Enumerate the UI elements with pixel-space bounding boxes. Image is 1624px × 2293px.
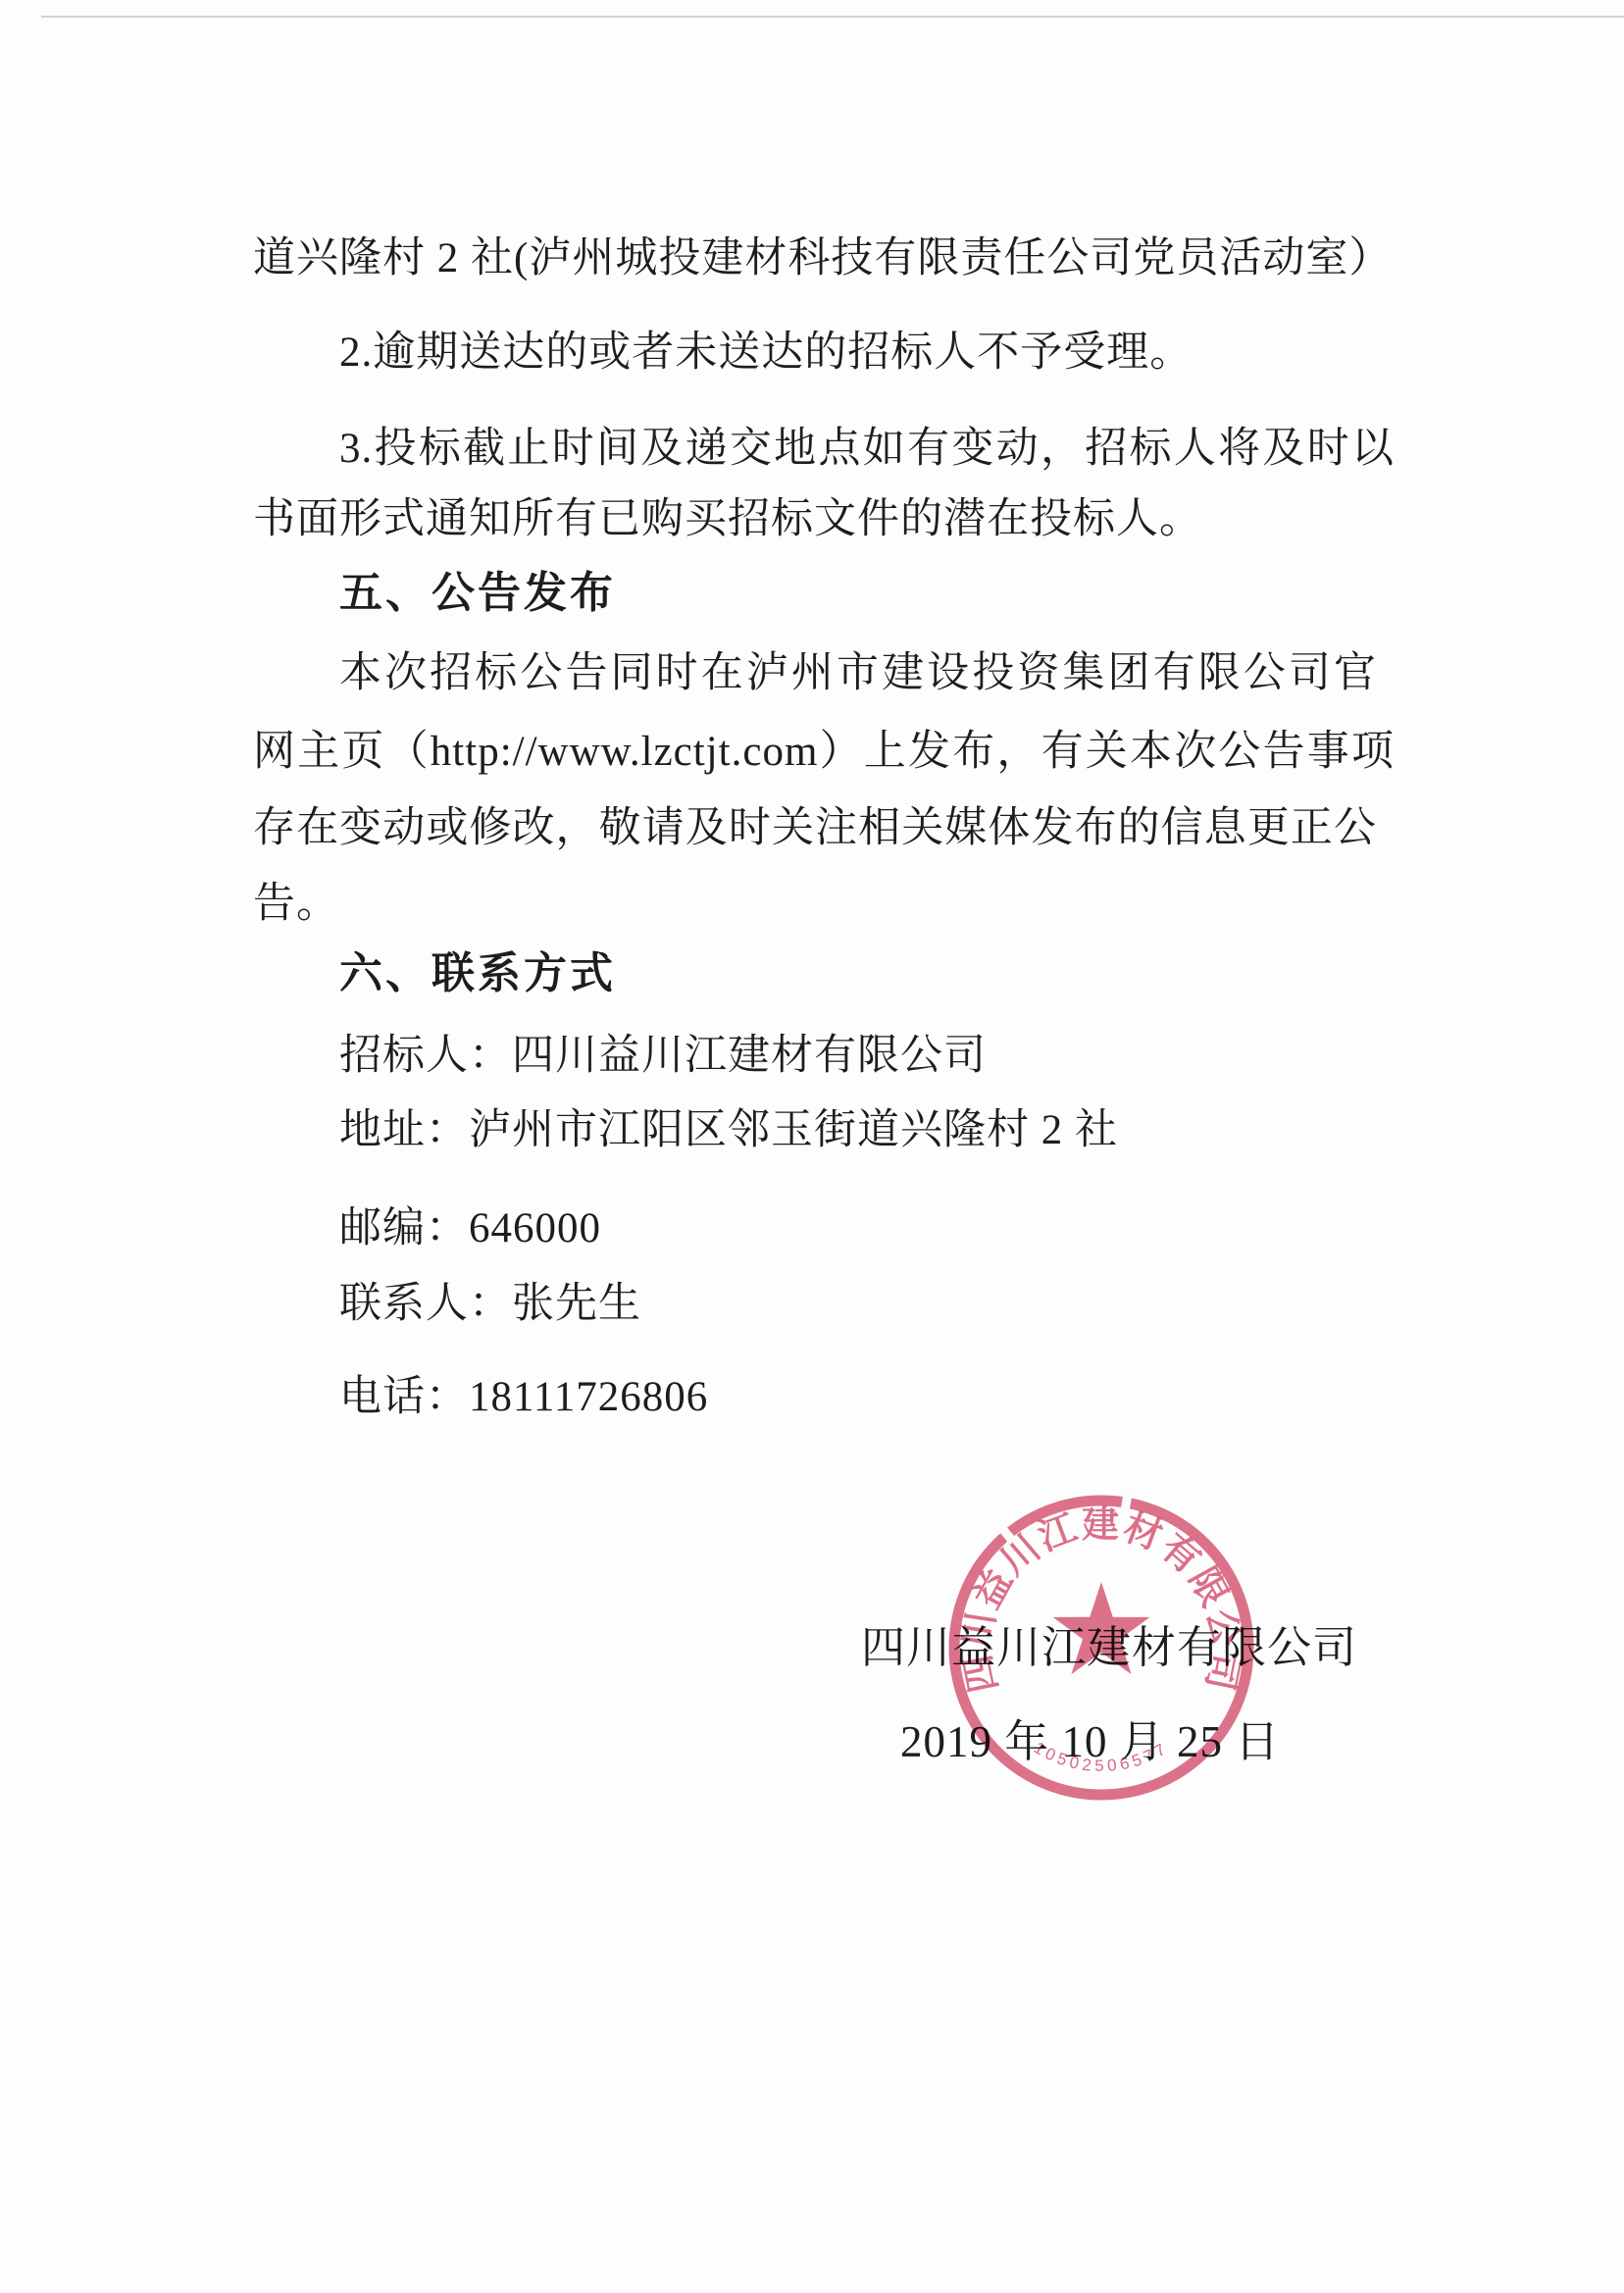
para-announcement-line-1: 本次招标公告同时在泸州市建设投资集团有限公司官 — [339, 646, 1377, 701]
item-3-deadline-change: 3.投标截止时间及递交地点如有变动，招标人将及时以 — [339, 422, 1395, 477]
item-2-overdue-delivery: 2.逾期送达的或者未送达的招标人不予受理。 — [339, 326, 1193, 381]
contact-person-line: 联系人：张先生 — [339, 1277, 641, 1332]
contact-phone-line: 电话：18111726806 — [339, 1370, 708, 1425]
seal-star-icon — [1053, 1582, 1150, 1674]
para-announcement-line-3: 存在变动或修改，敬请及时关注相关媒体发布的信息更正公 — [253, 801, 1377, 856]
heading-section-5-announcement: 五、公告发布 — [339, 566, 616, 621]
heading-section-6-contact: 六、联系方式 — [339, 946, 616, 1001]
scanned-document-page: 道兴隆村 2 社(泸州城投建材科技有限责任公司党员活动室） 2.逾期送达的或者未… — [0, 0, 1624, 2293]
seal-ring-break-top — [1125, 1491, 1129, 1512]
line-address-continuation: 道兴隆村 2 社(泸州城投建材科技有限责任公司党员活动室） — [253, 231, 1377, 286]
contact-postcode-line: 邮编：646000 — [339, 1201, 601, 1256]
para-announcement-line-4: 告。 — [253, 877, 339, 932]
contact-address-line: 地址：泸州市江阳区邻玉街道兴隆村 2 社 — [339, 1103, 1118, 1158]
para-announcement-line-2-url: 网主页（http://www.lzctjt.com）上发布，有关本次公告事项 — [253, 725, 1395, 780]
contact-bidder-line: 招标人：四川益川江建材有限公司 — [339, 1029, 987, 1084]
company-seal: 四川益川江建材有限公司 10502506577 — [915, 1461, 1288, 1834]
scan-edge-artifact — [41, 16, 1624, 18]
seal-serial-number: 10502506577 — [1031, 1738, 1172, 1775]
item-3-continuation: 书面形式通知所有已购买招标文件的潜在投标人。 — [253, 492, 1202, 547]
svg-text:10502506577: 10502506577 — [1031, 1738, 1172, 1775]
